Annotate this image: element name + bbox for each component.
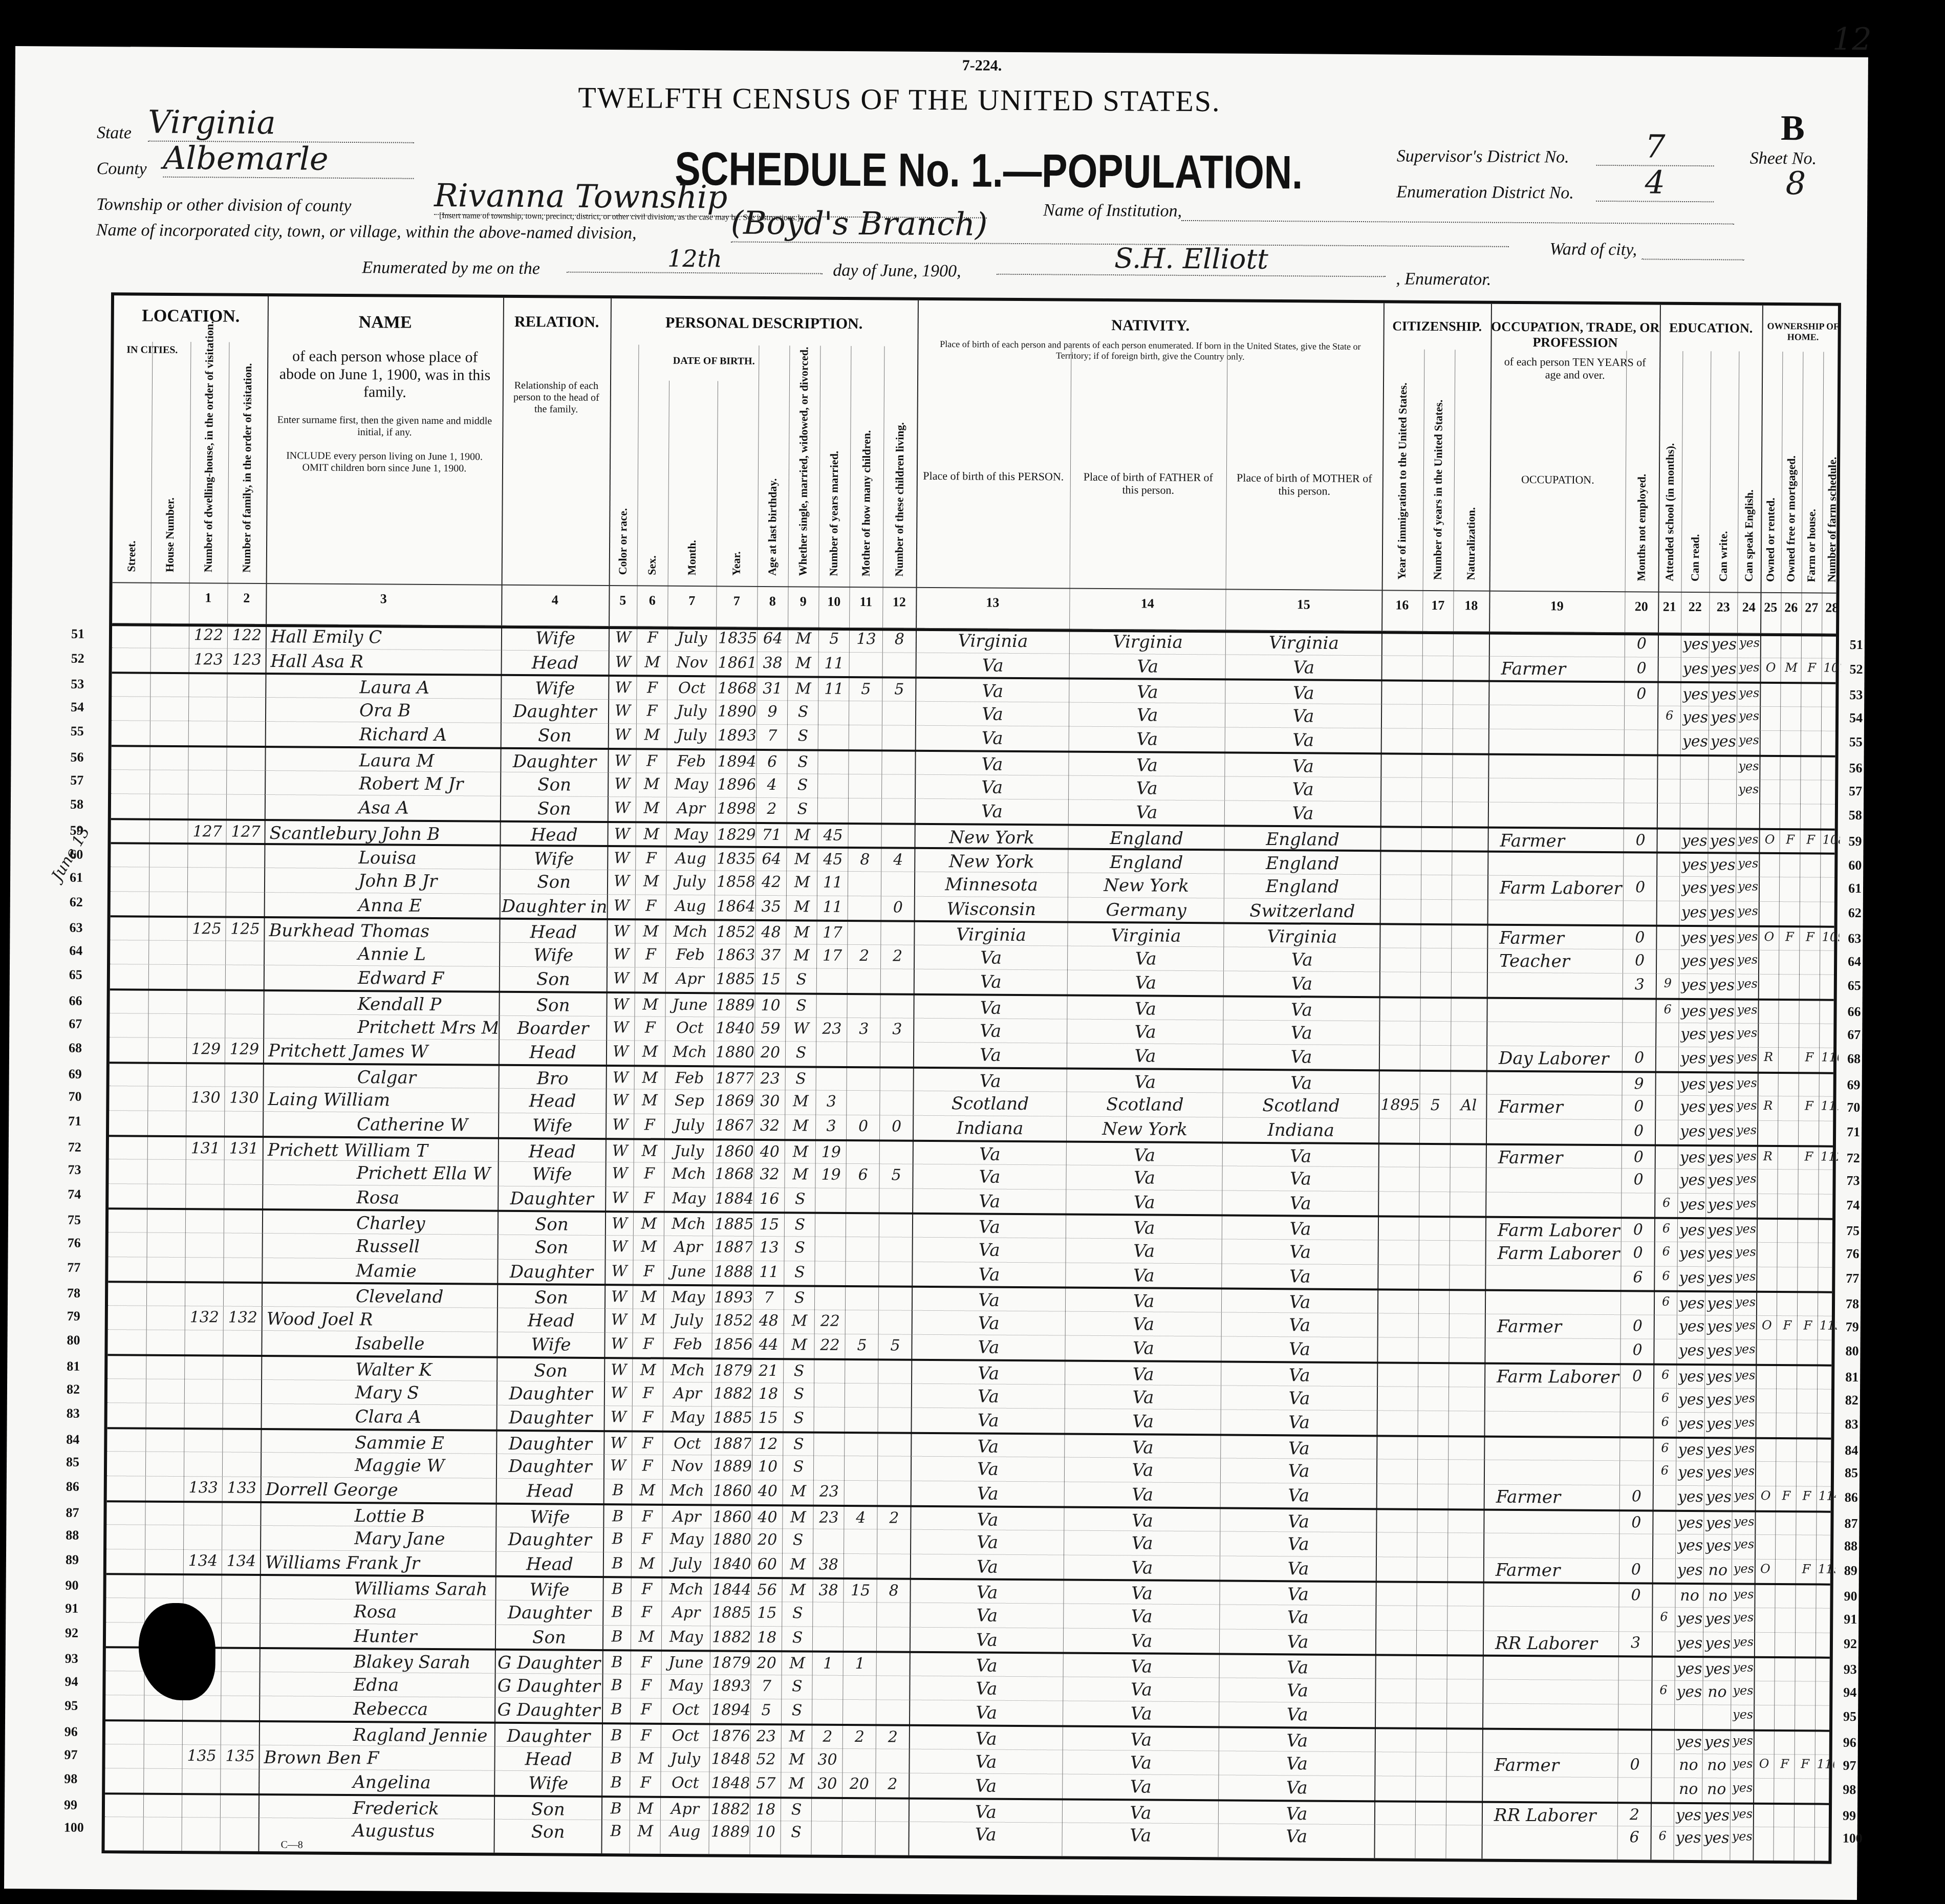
cell-age: 56	[753, 1581, 781, 1599]
cell-yr: 1840	[716, 1019, 753, 1037]
cell-ym: 17	[818, 924, 846, 942]
cell-sex: M	[633, 1554, 661, 1572]
cell-name: Ora B	[267, 700, 500, 722]
cell-rd: yes	[1679, 1196, 1704, 1214]
cell-sex: M	[632, 1749, 659, 1767]
cell-occ: Farmer	[1487, 1316, 1630, 1337]
cell-occ	[1486, 1414, 1629, 1415]
cell-en: yes	[1734, 1488, 1754, 1503]
sheet-number-field[interactable]: 8	[1765, 164, 1826, 202]
cell-wr: yes	[1705, 1660, 1730, 1678]
line-number: 76	[1846, 1246, 1860, 1262]
cell-age: 9	[759, 703, 786, 721]
cell-une: 0	[1619, 1756, 1650, 1773]
cell-yr: 1835	[717, 850, 754, 868]
cell-sex: M	[637, 923, 664, 941]
cell-wr: yes	[1706, 1441, 1731, 1459]
cell-fb: Va	[1065, 1703, 1218, 1725]
line-number: 77	[1846, 1270, 1859, 1286]
cell-rd: yes	[1677, 1537, 1702, 1554]
column-label: Months not employed.	[1634, 397, 1649, 581]
cell-pb: Va	[914, 1240, 1065, 1261]
cell-race: W	[610, 702, 635, 720]
cell-occ: Farmer	[1486, 1487, 1629, 1508]
cell-en: yes	[1732, 1781, 1752, 1795]
cell-ms: M	[790, 654, 817, 672]
cell-own: O	[1757, 1488, 1775, 1503]
line-number: 94	[1843, 1685, 1856, 1700]
cell-en: yes	[1732, 1829, 1752, 1844]
line-number: 86	[1845, 1490, 1858, 1505]
cell-occ	[1489, 902, 1632, 903]
line-number: 63	[69, 920, 82, 936]
cell-occ: Farm Laborer	[1486, 1367, 1629, 1388]
cell-en: yes	[1736, 1098, 1756, 1113]
cell-rd: yes	[1682, 708, 1708, 726]
cell-sch: 6	[1655, 1390, 1675, 1404]
cell-occ: Farm Laborer	[1487, 1220, 1630, 1242]
cell-race: W	[609, 922, 634, 940]
cell-sex: M	[639, 653, 666, 671]
cell-wr: no	[1704, 1756, 1729, 1774]
cell-race: W	[607, 1238, 632, 1256]
line-number: 78	[67, 1286, 80, 1301]
column-label: OCCUPATION.	[1495, 473, 1620, 487]
line-number: 99	[1843, 1808, 1856, 1824]
cell-race: B	[603, 1800, 629, 1818]
cell-ms: M	[783, 1727, 811, 1745]
cell-age: 2	[758, 800, 786, 818]
cell-ms: S	[789, 800, 816, 818]
column-label: Can write.	[1716, 397, 1731, 581]
cell-race: W	[608, 1091, 633, 1109]
cell-race: B	[604, 1628, 630, 1646]
cell-cl: 5	[881, 1166, 911, 1184]
cell-race: B	[603, 1822, 629, 1840]
cell-fb: Virginia	[1071, 632, 1224, 653]
cell-pb: Va	[911, 1678, 1062, 1700]
line-number: 90	[66, 1578, 79, 1593]
cell-fam: 125	[227, 920, 263, 938]
cell-rel: Wife	[500, 1115, 604, 1136]
schedule-letter: B	[1781, 108, 1805, 149]
cell-fb: Virginia	[1069, 925, 1222, 947]
cell-rel: Son	[502, 798, 607, 819]
cell-yr: 1882	[712, 1628, 750, 1646]
cell-mb: Va	[1221, 1631, 1374, 1653]
cell-pb: Indiana	[915, 1118, 1065, 1139]
cell-race: W	[610, 799, 635, 817]
cell-wr: yes	[1711, 708, 1736, 726]
cell-ms: S	[789, 703, 817, 721]
cell-fb: England	[1070, 852, 1223, 874]
line-number: 80	[1845, 1344, 1858, 1359]
cell-wr: yes	[1710, 879, 1735, 897]
column-number: 24	[1737, 600, 1760, 615]
cell-dw: 131	[188, 1139, 223, 1157]
cell-mb: Virginia	[1225, 926, 1378, 948]
state-field[interactable]: Virginia	[148, 103, 414, 143]
column-label: Mother of how many children.	[859, 392, 873, 576]
cell-en: yes	[1735, 1295, 1755, 1309]
cell-imm: 1895	[1380, 1096, 1418, 1114]
column-number: 6	[637, 593, 667, 608]
column-label: Place of birth of MOTHER of this person.	[1231, 471, 1377, 498]
cell-race: B	[604, 1726, 629, 1744]
column-label: Sex.	[645, 391, 660, 575]
cell-rd: yes	[1681, 856, 1706, 874]
cell-mon: Apr	[663, 1604, 709, 1622]
cell-yr: 1835	[718, 629, 756, 647]
cell-ym: 5	[820, 630, 848, 648]
cell-fm: F	[1778, 1488, 1795, 1503]
cell-sex: F	[639, 629, 666, 646]
cell-yr: 1885	[712, 1604, 750, 1621]
cell-mb: Va	[1220, 1826, 1373, 1848]
cell-rel: Son	[497, 1627, 601, 1648]
cell-rel: Head	[496, 1748, 600, 1769]
cell-rel: Wife	[497, 1580, 601, 1600]
cell-sch: 6	[1655, 1463, 1675, 1478]
cell-wr: yes	[1708, 1222, 1733, 1240]
cell-mon: Feb	[665, 1335, 710, 1354]
line-number: 57	[1849, 784, 1862, 799]
column-number: 25	[1760, 600, 1781, 615]
cell-pb: Va	[912, 1556, 1063, 1578]
supervisor-district-field[interactable]: 7	[1596, 127, 1714, 166]
cell-race: B	[605, 1554, 630, 1572]
line-number: 62	[70, 894, 83, 910]
cell-pb: Va	[918, 655, 1068, 676]
cell-mon: Oct	[669, 679, 715, 698]
county-field[interactable]: Albemarle	[163, 139, 414, 179]
cell-race: W	[606, 1361, 631, 1379]
cell-yr: 1885	[715, 1216, 752, 1234]
cell-occ	[1491, 634, 1634, 635]
city-field[interactable]: (Boyd's Branch)	[731, 204, 1509, 247]
cell-race: W	[609, 872, 634, 890]
cell-ms: S	[783, 1677, 811, 1695]
cell-occ: Farm Laborer	[1487, 1243, 1630, 1265]
cell-age: 48	[757, 923, 785, 941]
cell-race: B	[604, 1580, 630, 1598]
cell-mon: May	[666, 1189, 711, 1208]
cell-ch: 1	[845, 1655, 875, 1673]
cell-sched: 111	[1821, 1099, 1838, 1113]
cell-sched: 107	[1824, 660, 1841, 675]
cell-pb: Va	[911, 1728, 1062, 1750]
cell-dw: 129	[188, 1040, 224, 1058]
line-number: 81	[1845, 1370, 1858, 1385]
cell-ch: 6	[848, 1166, 878, 1184]
cell-en: yes	[1733, 1610, 1753, 1625]
cell-en: yes	[1732, 1806, 1752, 1821]
enumeration-district-field[interactable]: 4	[1596, 163, 1714, 202]
line-number: 71	[1847, 1124, 1860, 1140]
cell-en: yes	[1732, 1756, 1752, 1770]
cell-name: Mary S	[263, 1382, 495, 1404]
county-label: County	[96, 159, 146, 179]
cell-sex: F	[637, 945, 664, 963]
cell-yr: 1885	[714, 1409, 751, 1427]
cell-yr: 1864	[717, 897, 754, 915]
cell-ym: 30	[813, 1775, 841, 1793]
column-number: 5	[609, 593, 637, 608]
cell-sex: F	[635, 1165, 663, 1183]
cell-pb: Va	[911, 1751, 1061, 1772]
cell-age: 13	[755, 1239, 783, 1257]
column-label: Place of birth of this PERSON.	[922, 469, 1065, 483]
cell-wr: yes	[1705, 1634, 1730, 1652]
cell-sched: 113	[1820, 1318, 1837, 1332]
cell-race: B	[604, 1603, 630, 1621]
cell-name: Burkhead Thomas	[266, 920, 498, 942]
cell-pb: Virginia	[916, 924, 1066, 946]
cell-rd: yes	[1679, 1294, 1704, 1312]
cell-fh: F	[1802, 832, 1820, 847]
cell-mb: Scotland	[1224, 1095, 1377, 1117]
cell-yr: 1893	[714, 1289, 752, 1307]
cell-rel: Head	[502, 825, 606, 846]
cell-rel: Daughter	[500, 1188, 604, 1209]
column-label: Color or race.	[616, 391, 630, 575]
cell-fb: Va	[1067, 1338, 1220, 1359]
cell-fam: 135	[222, 1747, 257, 1765]
cell-age: 60	[753, 1555, 781, 1573]
enumerated-day-field[interactable]: 12th	[567, 244, 823, 274]
column-label: Place of birth of FATHER of this person.	[1075, 470, 1221, 497]
cell-pb: Va	[917, 776, 1067, 798]
cell-race: W	[609, 945, 634, 963]
cell-fh: F	[1800, 1149, 1818, 1163]
cell-mb: Va	[1226, 803, 1379, 825]
cell-cl: 5	[880, 1337, 910, 1355]
cell-age: 7	[752, 1677, 780, 1695]
cell-rd: yes	[1681, 879, 1706, 897]
cell-rd: yes	[1680, 1075, 1705, 1093]
cell-rel: Head	[499, 1310, 603, 1331]
column-label: Number of these children living.	[892, 392, 906, 576]
cell-ms: M	[787, 1093, 814, 1111]
cell-rd: yes	[1677, 1561, 1702, 1579]
cell-ms: S	[786, 1190, 814, 1208]
line-number: 72	[1847, 1150, 1860, 1165]
cell-race: W	[609, 897, 634, 915]
cell-occ: Teacher	[1489, 950, 1632, 972]
cell-yr: 1887	[715, 1238, 752, 1256]
cell-ym: 11	[819, 874, 847, 892]
cell-rel: Son	[502, 872, 606, 893]
cell-cl: 3	[882, 1020, 912, 1038]
cell-fm: M	[1783, 660, 1800, 675]
line-number: 82	[1845, 1392, 1858, 1408]
cell-mon: May	[665, 1409, 710, 1427]
cell-en: yes	[1737, 929, 1757, 944]
cell-mon: Apr	[664, 1507, 709, 1526]
line-number: 87	[1844, 1516, 1857, 1531]
cell-dw: 133	[186, 1479, 221, 1497]
enumerator-field[interactable]: S.H. Elliott	[997, 242, 1386, 277]
cell-name: Mary Jane	[262, 1528, 494, 1550]
column-label: Number of farm schedule.	[1825, 398, 1840, 582]
cell-fb: Va	[1069, 972, 1222, 994]
cell-ms: M	[784, 1654, 811, 1672]
cell-name: John B Jr	[266, 870, 499, 892]
cell-fb: Va	[1064, 1825, 1217, 1847]
cell-fb: Va	[1071, 704, 1224, 726]
cell-ms: M	[787, 1117, 814, 1135]
cell-yr: 1880	[712, 1531, 750, 1549]
cell-mon: Mch	[663, 1581, 709, 1599]
cell-age: 42	[758, 873, 785, 891]
cell-rel: Daughter	[502, 751, 607, 772]
column-label: Naturalization.	[1464, 396, 1479, 580]
cell-age: 16	[755, 1190, 783, 1208]
cell-occ	[1487, 1267, 1630, 1268]
ward-field[interactable]	[1642, 240, 1744, 260]
line-number: 91	[65, 1601, 78, 1616]
cell-race: W	[610, 825, 635, 843]
cell-fh: F	[1798, 1562, 1815, 1576]
cell-occ	[1489, 855, 1632, 856]
cell-occ	[1489, 975, 1632, 976]
cell-mb: Virginia	[1227, 632, 1380, 654]
cell-yr: 1893	[711, 1677, 749, 1695]
cell-fb: Va	[1069, 1071, 1222, 1093]
cell-race: W	[608, 1116, 633, 1134]
cell-yr: 1898	[717, 800, 755, 818]
cell-une: 0	[1624, 1122, 1654, 1140]
cell-occ	[1487, 1194, 1630, 1195]
cell-une: 0	[1622, 1367, 1652, 1385]
line-number: 55	[71, 724, 84, 739]
cell-ms: S	[785, 1385, 813, 1403]
line-number: 100	[1843, 1831, 1863, 1846]
line-number: 96	[64, 1724, 78, 1740]
line-number: 97	[64, 1747, 78, 1762]
name-note-1: Enter surname first, then the given name…	[277, 414, 492, 439]
cell-rel: Son	[499, 1287, 603, 1308]
cell-ym: 17	[818, 946, 846, 964]
cell-name: Hall Emily C	[268, 626, 500, 648]
column-number: 14	[1069, 596, 1225, 612]
cell-rel: Son	[503, 725, 607, 746]
cell-mb: Va	[1224, 1145, 1377, 1167]
column-label: Owned free or mortgaged.	[1784, 398, 1799, 582]
cell-name: Charley	[264, 1213, 496, 1235]
cell-ym: 23	[815, 1483, 843, 1501]
cell-occ: Farmer	[1485, 1560, 1628, 1581]
cell-sex: M	[638, 825, 665, 843]
cell-mb: Va	[1223, 1365, 1376, 1386]
cell-mon: July	[666, 1142, 712, 1160]
cell-name: Rebecca	[261, 1698, 493, 1720]
cell-ch: 3	[849, 1020, 879, 1038]
line-number: 62	[1848, 905, 1862, 920]
cell-sex: M	[635, 1238, 663, 1256]
cell-yr: 1889	[711, 1823, 749, 1841]
cell-mb: Va	[1221, 1704, 1374, 1726]
cell-pb: Va	[917, 801, 1067, 823]
cell-mon: Aug	[668, 897, 714, 915]
cell-sex: F	[632, 1726, 660, 1744]
line-number: 74	[1846, 1198, 1860, 1213]
line-number: 80	[67, 1333, 80, 1348]
cell-rd: yes	[1677, 1610, 1702, 1628]
cell-age: 48	[755, 1312, 783, 1330]
cell-wr: yes	[1705, 1537, 1731, 1554]
line-number: 94	[64, 1674, 78, 1689]
column-number: 7	[716, 593, 757, 609]
cell-sex: F	[635, 1189, 663, 1207]
line-number: 85	[1845, 1465, 1858, 1481]
line-number: 69	[1847, 1077, 1861, 1093]
cell-mb: Va	[1222, 1511, 1375, 1532]
cell-rd: yes	[1679, 1221, 1704, 1239]
cell-mb: Va	[1227, 705, 1380, 727]
cell-age: 40	[753, 1508, 781, 1526]
cell-rel: Daughter	[498, 1456, 602, 1477]
line-number: 66	[69, 993, 82, 1009]
cell-name: Pritchett Mrs Mildred	[265, 1016, 498, 1038]
cell-wr: yes	[1711, 660, 1736, 678]
line-number: 53	[71, 677, 84, 692]
cell-wr: yes	[1708, 1098, 1733, 1116]
cell-rel: Head	[501, 922, 606, 943]
cell-yr: 1869	[715, 1092, 753, 1110]
cell-occ: Farmer	[1491, 658, 1634, 680]
cell-age: 32	[756, 1117, 784, 1135]
line-number: 78	[1846, 1296, 1859, 1312]
cell-pb: Va	[912, 1582, 1062, 1604]
cell-fam: 132	[225, 1308, 261, 1326]
cell-race: W	[606, 1457, 631, 1475]
cell-own: O	[1755, 1756, 1773, 1770]
line-number: 98	[1843, 1782, 1856, 1798]
nativity-subheader: Place of birth of each person and parent…	[922, 339, 1378, 363]
cell-sch: 9	[1658, 976, 1678, 990]
cell-name: Laura M	[267, 750, 499, 772]
cell-own: O	[1758, 1318, 1776, 1332]
cell-une: 0	[1623, 1317, 1653, 1335]
cell-fm: F	[1779, 1318, 1796, 1332]
enumeration-district-label: Enumeration District No.	[1396, 182, 1574, 203]
cell-pb: Va	[916, 947, 1066, 969]
cell-rd: yes	[1679, 1317, 1704, 1335]
column-number: 19	[1489, 598, 1625, 615]
cell-rel: Wife	[500, 1164, 604, 1185]
cell-yr: 1876	[711, 1727, 749, 1745]
cell-ms: S	[786, 1263, 813, 1281]
cell-fb: Va	[1068, 1218, 1221, 1239]
line-number: 64	[69, 943, 82, 958]
cell-en: yes	[1736, 1245, 1756, 1259]
cell-name: Rosa	[264, 1187, 496, 1209]
cell-occ: RR Laborer	[1485, 1633, 1628, 1654]
cell-ym: 45	[819, 851, 847, 869]
cell-name: Annie L	[266, 943, 498, 965]
cell-rel: Daughter in law	[502, 896, 606, 917]
line-number: 55	[1849, 734, 1863, 750]
cell-name: Russell	[264, 1236, 496, 1258]
cell-en: yes	[1735, 1368, 1755, 1382]
cell-age: 37	[757, 946, 785, 964]
cell-ms: M	[783, 1750, 810, 1768]
cell-une: 0	[1625, 878, 1655, 896]
line-number: 75	[1846, 1223, 1860, 1239]
cell-en: yes	[1734, 1464, 1754, 1478]
cell-pb: Va	[915, 1045, 1066, 1066]
